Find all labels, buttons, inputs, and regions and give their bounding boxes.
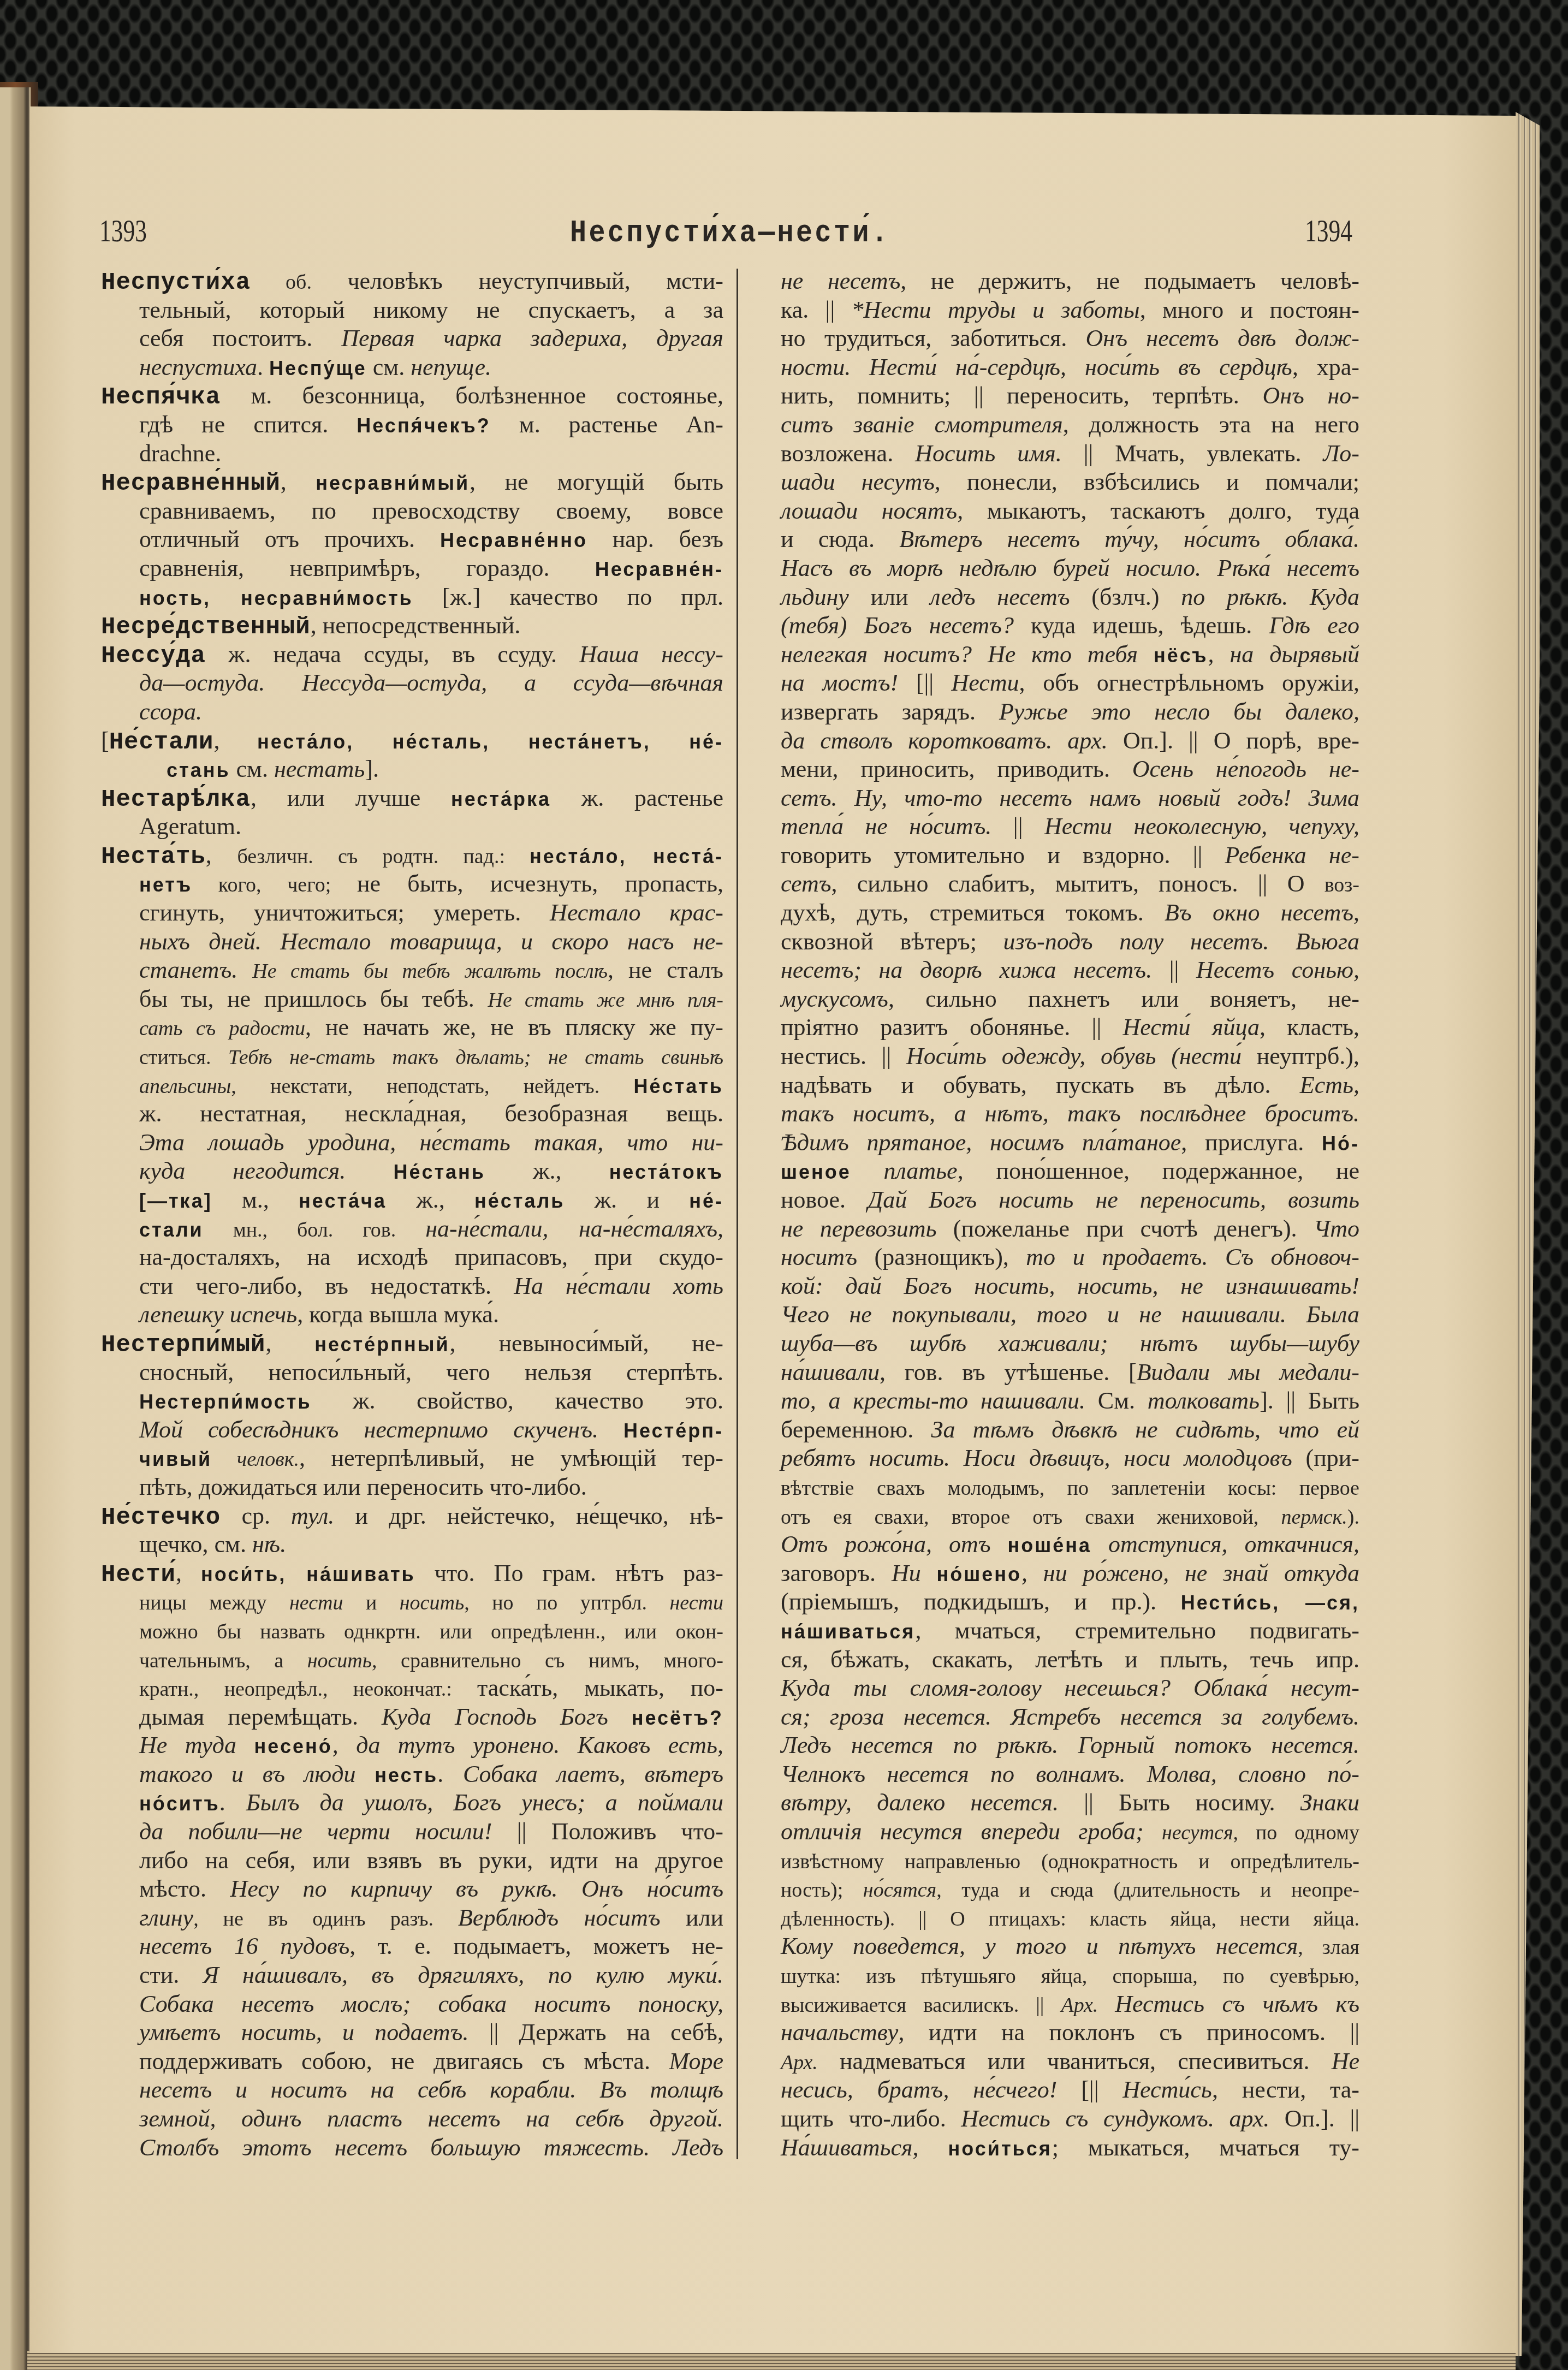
definition-text: нить, помнить; || переносить, терпѣть. (781, 382, 1262, 409)
definition-text: || Держать на себѣ, (468, 2019, 723, 2046)
definition-text: , мыкаютъ, таскаютъ долго, туда (957, 497, 1359, 524)
definition-text: || (1152, 957, 1196, 983)
example-text: Собака несетъ мослъ; собака носитъ понос… (139, 1991, 723, 2017)
definition-text: и дрг. нейстечко, не́щечко, нѣ- (334, 1502, 723, 1529)
definition-text: ся, бѣжать, скакать, летѣть и плыть, теч… (781, 1646, 1359, 1673)
definition-text: , не сталъ (608, 957, 723, 983)
definition-text: или (849, 584, 930, 610)
definition-text: , (206, 842, 237, 869)
example-text: шуба—въ шубѣ хаживали; нѣтъ шубы—шубу (781, 1330, 1359, 1357)
definition-text: надѣвать и обувать, пускать въ дѣло. (781, 1072, 1300, 1098)
derived-form: Несравне́нно (440, 529, 587, 551)
definition-text: [|| (898, 669, 951, 696)
example-text: (тебя) Богъ несетъ? (781, 612, 1014, 639)
definition-text-small: кратн., неопредѣл., неокончат.: (139, 1678, 477, 1701)
example-text: несетъ; на дворѣ хижа несетъ. (781, 957, 1152, 983)
definition-text: куда идешь, ѣдешь. (1014, 612, 1269, 639)
example-text: Вѣтеръ несетъ ту́чу, но́ситъ облака́. (899, 526, 1359, 553)
example-text: Гдѣ его (1269, 612, 1359, 639)
example-text: , ни ро́жено, не знай откуда (1021, 1560, 1359, 1587)
dictionary-line: куда негодится. Не́стань ж., неста́токъ (101, 1157, 723, 1186)
example-text: нѣ. (252, 1531, 286, 1558)
derived-form: несено́ (254, 1735, 332, 1757)
headword: Несре́дственный (101, 614, 311, 640)
adjacent-page-gutter (0, 87, 31, 2370)
example-text: Ни (892, 1560, 937, 1587)
derived-form: Несте́рп- (623, 1419, 723, 1442)
definition-text-small: можно бы назвать однкртн. или опредѣленн… (139, 1620, 723, 1643)
example-text: Отъ рожо́на, отъ (781, 1531, 1008, 1558)
dictionary-line: отличія несутся впереди гроба; несутся, … (743, 1817, 1359, 1846)
definition-text: , (265, 1330, 314, 1357)
dictionary-line: Чего не покупывали, того и не нашивали. … (743, 1300, 1359, 1329)
definition-text: м., (212, 1186, 299, 1213)
definition-text-small: , но по уптрбл. (464, 1591, 669, 1614)
example-text: кой: дай Богъ носить, носить, не изнашив… (781, 1273, 1359, 1299)
dictionary-line: неспустиха. Неспу́ще см. непуще. (101, 353, 723, 382)
derived-form: Нестерпи́мость (139, 1391, 312, 1413)
dictionary-line: на-досталяхъ, на исходѣ припасовъ, при с… (101, 1243, 723, 1272)
example-text: Осень не́погодь не- (1132, 756, 1359, 782)
dictionary-line: вѣтру, далеко несется. || Быть носиму. З… (743, 1789, 1359, 1817)
definition-text: , должность эта на него (1063, 411, 1359, 438)
example-text: ребятъ носить. Носи дѣвицъ, носи молодцо… (781, 1445, 1292, 1471)
definition-text: . (257, 354, 269, 381)
definition-text: ж. свойство, качество это. (312, 1387, 723, 1414)
dictionary-line: щить что-либо. Нестись съ сундукомъ. арх… (743, 2105, 1359, 2134)
definition-text: мѣсто. (139, 1875, 230, 1902)
derived-form: носи́ться (948, 2137, 1052, 2160)
derived-form: неста́ло, не́сталь, неста́нетъ, не́- (257, 730, 723, 753)
definition-text-small: и (343, 1591, 400, 1614)
dictionary-line: на мостъ! [|| Нести, объ огнестрѣльномъ … (743, 669, 1359, 698)
definition-text: ]. (365, 756, 379, 782)
derived-form: несть (375, 1764, 438, 1786)
dictionary-line: ж. нестатная, нескла́дная, безобразная в… (101, 1100, 723, 1128)
definition-text: новое. (781, 1186, 868, 1213)
dictionary-line: стали мн., бол. гов. на-не́стали, на-не́… (101, 1215, 723, 1244)
example-text: ности. Нести́ на́-сердцѣ, носи́ть въ сер… (781, 354, 1292, 381)
definition-text: ж. растенье (551, 785, 723, 811)
dictionary-line: бы ты, не пришлось бы тебѣ. Не стать же … (101, 985, 723, 1014)
example-text-small: нести (289, 1591, 343, 1614)
dictionary-line: Челнокъ несется по волнамъ. Молва, словн… (743, 1760, 1359, 1789)
definition-text: , идти на поклонъ съ приносомъ. || (898, 2019, 1359, 2046)
dictionary-line: чивый человк., нетерпѣливый, не умѣющій … (101, 1444, 723, 1473)
derived-form: шеное (781, 1161, 851, 1183)
definition-text: , понесли, взбѣсились и помчали; (935, 468, 1359, 495)
example-text-small: пермск. (1281, 1506, 1347, 1529)
definition-text: себя постоитъ. (139, 325, 341, 352)
example-text: Есть, (1300, 1072, 1359, 1098)
dictionary-line: чательнымъ, а носить, сравнительно съ ни… (101, 1646, 723, 1674)
definition-text: надмеваться или чваниться, спесивиться. (818, 2048, 1332, 2075)
definition-text: || Мчать, увлекать. (1062, 440, 1323, 467)
derived-form: несте́рпный (314, 1333, 449, 1356)
example-text: Нестись съ сундукомъ. арх. (961, 2105, 1269, 2132)
example-text: несетъ 16 пудовъ (139, 1933, 349, 1959)
dictionary-line: отличный отъ прочихъ. Несравне́нно нар. … (101, 525, 723, 554)
example-text: *Нести труды и заботы (852, 296, 1140, 323)
dictionary-line: сти чего-либо, въ недостаткѣ. На не́стал… (101, 1272, 723, 1301)
definition-text: щечко, см. (139, 1531, 252, 1558)
definition-text: Оп.]. || (1269, 2105, 1359, 2132)
dictionary-line: Нестарѣ́лка, или лучше неста́рка ж. раст… (101, 784, 723, 813)
definition-text: ка. || (781, 296, 852, 323)
definition-text-small: высиживается василискъ. || (781, 1994, 1061, 2017)
dictionary-line: извѣстному направленью (однократность и … (743, 1846, 1359, 1875)
example-text: то, а кресты-то нашивали. (781, 1387, 1085, 1414)
derived-form: несётъ? (632, 1707, 723, 1729)
example-text-small: Не стать бы тебѣ жалѣть послѣ (252, 960, 608, 983)
example-text: Челнокъ несется по волнамъ. Молва, словн… (781, 1761, 1359, 1787)
definition-text: , не начать же, не въ пляску же пу- (305, 1014, 723, 1041)
dictionary-line: шеное платье, поно́шенное, подержанное, … (743, 1157, 1359, 1186)
dictionary-line: ситъ званіе смотрителя, должность эта на… (743, 411, 1359, 439)
dictionary-line: такъ носитъ, а нѣтъ, такъ послѣднее брос… (743, 1100, 1359, 1128)
example-text: тепла́ не но́ситъ. (781, 813, 991, 840)
example-text: изъ-подъ полу несетъ. Вьюга (1003, 928, 1359, 955)
example-text: ссора. (139, 698, 202, 725)
example-text: Видали мы медали- (1137, 1359, 1359, 1386)
definition-text-small: об. (251, 271, 312, 294)
definition-text: , (281, 468, 316, 495)
definition-text: , поно́шенное, подержанное, не (958, 1157, 1359, 1184)
example-text: начальству (781, 2019, 898, 2046)
definition-text-small: чательнымъ, а (139, 1649, 307, 1672)
example-text: Несу по кирпичу въ рукѣ. Онъ но́ситъ (230, 1875, 723, 1902)
example-text: Столбъ этотъ несетъ большую тяжесть. Лед… (139, 2134, 723, 2161)
definition-text: ж., (387, 1186, 474, 1213)
derived-form: ноше́на (1008, 1534, 1092, 1557)
definition-text-small: отъ ея свахи, второе отъ свахи жениховой… (781, 1506, 1281, 1529)
derived-form: Но́- (1322, 1132, 1359, 1155)
dictionary-line: не перевозить (пожеланье при счотѣ денег… (743, 1215, 1359, 1244)
example-text-small: сать съ радости (139, 1017, 305, 1040)
dictionary-line: сти. Я на́шивалъ, въ дрягиляхъ, по кулю … (101, 1961, 723, 1990)
example-text: . Былъ да ушолъ, Богъ унесъ; а поймали (220, 1789, 723, 1816)
running-head: Неспусти́ха—нести́. (570, 218, 890, 250)
example-text: льдину (781, 584, 849, 610)
definition-text: извергать зарядъ. (781, 698, 999, 725)
definition-text: , непосредственный. (311, 612, 521, 639)
definition-text-small: ность); (781, 1879, 863, 1902)
example-text: толковать (1148, 1387, 1260, 1414)
dictionary-line: нестись. || Носи́ть одежду, обувь (нести… (743, 1042, 1359, 1071)
dictionary-line: ность); но́сятся, туда и сюда (длительно… (743, 1875, 1359, 1904)
dictionary-line: дымая перемѣщать. Куда Господь Богъ несё… (101, 1703, 723, 1732)
example-text: шади несутъ (781, 468, 935, 495)
definition-text: Ageratum. (139, 813, 241, 840)
definition-text: возложена. (781, 440, 915, 467)
example-text: нелегкая носитъ? Не кто тебя (781, 641, 1154, 668)
derived-form: несравни́мый (316, 472, 470, 494)
definition-text: , (176, 1560, 201, 1587)
dictionary-line: сетъ, сильно слабитъ, мытитъ, поносъ. ||… (743, 870, 1359, 899)
definition-text: , много и постоян- (1140, 296, 1359, 323)
definition-text: поддерживать собою, не двигаясь съ мѣста… (139, 2048, 669, 2075)
definition-text: , не держитъ, не подымаетъ человѣ- (900, 268, 1359, 294)
definition-text: сравниваемъ, по превосходству своему, во… (139, 497, 723, 524)
dictionary-line: drachne. (101, 439, 723, 468)
headword: Неста́ть (101, 844, 206, 870)
dictionary-line: кратн., неопредѣл., неокончат.: таска́ть… (101, 1674, 723, 1703)
definition-text: , прислуга. (1181, 1129, 1322, 1156)
example-text: Въ окно несетъ (1165, 899, 1353, 926)
dictionary-line: но трудиться, заботиться. Онъ несетъ двѣ… (743, 324, 1359, 353)
dictionary-line: Ageratum. (101, 812, 723, 841)
definition-text: щить что-либо. (781, 2105, 961, 2132)
derived-form: неста́ло, неста́- (530, 845, 723, 868)
example-text: да—остуда. Нессуда—остуда, а ссуда—вѣчна… (139, 669, 723, 696)
dictionary-line: глину, не въ одинъ разъ. Верблюдъ но́сит… (101, 1904, 723, 1933)
example-text: Онъ но- (1262, 382, 1359, 409)
dictionary-line: Насъ въ морѣ недѣлю бурей носило. Рѣка́ … (743, 554, 1359, 583)
example-text: Эта лошадь уродина, не́стать такая, что … (139, 1129, 723, 1156)
dictionary-line: несетъ и носитъ на себѣ корабли. Въ толщ… (101, 2076, 723, 2105)
headword: Нестерпи́мый (101, 1332, 265, 1358)
definition-text: пріятно разитъ обонянье. || (781, 1014, 1123, 1041)
dictionary-line: мѣсто. Несу по кирпичу въ рукѣ. Онъ но́с… (101, 1875, 723, 1904)
definition-text: , (913, 2134, 948, 2161)
headword: Не́стали (109, 729, 214, 756)
derived-form: не́сталь (474, 1190, 565, 1212)
definition-text: гдѣ не спится. (139, 411, 357, 438)
definition-text-small: воз- (1325, 874, 1359, 896)
dictionary-line: нетъ кого, чего; не быть, исчезнуть, про… (101, 870, 723, 899)
definition-text-small: , сравнительно съ нимъ, много- (372, 1649, 723, 1672)
definition-text: (пожеланье при счотѣ денегъ). (937, 1215, 1314, 1242)
dictionary-line: На́шиваться, носи́ться; мыкаться, мчатьс… (743, 2134, 1359, 2163)
example-text: Не туда (139, 1732, 254, 1759)
dictionary-line: мени, приносить, приводить. Осень не́пог… (743, 755, 1359, 784)
example-text: Что (1314, 1215, 1359, 1242)
dictionary-line: носитъ (разнощикъ), то и продаетъ. Съ об… (743, 1243, 1359, 1272)
definition-text: сти чего-либо, въ недостаткѣ. (139, 1273, 514, 1299)
example-text: . Собака лаетъ, вѣтеръ (438, 1761, 723, 1787)
definition-text: , когда вышла мука́. (297, 1301, 499, 1328)
example-text: не несетъ (781, 268, 900, 294)
definition-text: либо на себя, или взявъ въ руки, идти на… (139, 1847, 723, 1874)
definition-text: (при- (1292, 1445, 1359, 1471)
dictionary-line: шуба—въ шубѣ хаживали; нѣтъ шубы—шубу (743, 1329, 1359, 1358)
dictionary-line: стань см. нестать]. (101, 755, 723, 784)
dictionary-line: гдѣ не спится. Неспя́чекъ? м. растенье A… (101, 411, 723, 439)
definition-text: м. безсонница, болѣзненное состоянье, (221, 382, 723, 409)
dictionary-line: шутка: изъ пѣтушьяго яйца, спорыша, по с… (743, 1961, 1359, 1990)
left-column: Неспусти́ха об. человѣкъ неуступчивый, м… (101, 267, 723, 2162)
definition-text: сравненія, невпримѣръ, гораздо. (139, 555, 595, 581)
dictionary-line: высиживается василискъ. || Арх. Нестись … (743, 1990, 1359, 2019)
derived-form: неста́ча (299, 1190, 387, 1212)
example-text: Куда Господь Богъ (382, 1703, 632, 1730)
example-text: Насъ въ морѣ недѣлю бурей носило. Рѣка́ … (781, 555, 1359, 581)
example-text-small: Не стать же мнѣ пля- (488, 989, 723, 1012)
definition-text: (пріемышъ, подкидышъ, и пр.). (781, 1588, 1181, 1615)
example-text: На́шиваться (781, 2134, 913, 2161)
right-column: не несетъ, не держитъ, не подымаетъ чело… (743, 267, 1359, 2162)
example-text: Нести́сь (1122, 2076, 1212, 2103)
dictionary-line: несись, братъ, не́счего! [|| Нести́сь, н… (743, 2076, 1359, 2105)
derived-form: Неспу́ще (269, 357, 367, 379)
dictionary-line: сетъ. Ну, что-то несетъ намъ новый годъ!… (743, 784, 1359, 813)
dictionary-line: то, а кресты-то нашивали. См. толковать]… (743, 1387, 1359, 1416)
derived-form: Не́стань (393, 1161, 485, 1183)
dictionary-line: сравненія, невпримѣръ, гораздо. Несравне… (101, 554, 723, 583)
definition-text-small: безличн. съ родтн. пад.: (237, 845, 530, 868)
example-text: ся; гроза несется. Ястребъ несется за го… (781, 1703, 1359, 1730)
dictionary-line: [—тка] м., неста́ча ж., не́сталь ж. и не… (101, 1186, 723, 1215)
definition-text: мени, приносить, приводить. (781, 756, 1132, 782)
page-number-right: 1394 (1305, 215, 1352, 247)
definition-text-small: дѣленность). || О птицахъ: класть яйца, … (781, 1908, 1359, 1931)
example-text-small: Арх. (1061, 1994, 1115, 2017)
definition-text: что. По грам. нѣтъ раз- (415, 1560, 723, 1587)
example-text: неспустиха (139, 354, 257, 381)
example-text: непуще. (411, 354, 491, 381)
derived-form: нёсъ (1154, 644, 1208, 667)
dictionary-line: Собака несетъ мослъ; собака носитъ понос… (101, 1990, 723, 2019)
example-text: станетъ. (139, 957, 252, 983)
example-text: За тѣмъ дѣвкѣ не сидѣть, что ей (931, 1416, 1359, 1443)
definition-text: || (991, 813, 1044, 840)
dictionary-line: (тебя) Богъ несетъ? куда идешь, ѣдешь. Г… (743, 611, 1359, 640)
example-text: куда негодится. (139, 1157, 393, 1184)
example-text: такого и въ люди (139, 1761, 375, 1787)
dictionary-line: Нести́, носи́ть, на́шивать что. По грам.… (101, 1559, 723, 1588)
example-text: отступися, откачнися, (1091, 1531, 1359, 1558)
dictionary-line: либо на себя, или взявъ въ руки, идти на… (101, 1846, 723, 1875)
dictionary-line: пріятно разитъ обонянье. || Нести́ яйца,… (743, 1013, 1359, 1042)
example-text: Нести неоколесную, чепуху, (1044, 813, 1359, 840)
definition-text: , нетерпѣливый, не умѣющій тер- (299, 1445, 723, 1471)
example-text: земной, одинъ пластъ несетъ на себѣ друг… (139, 2105, 723, 2132)
headword: Нессу́да (101, 643, 206, 669)
dictionary-line: апельсины, некстати, неподстать, нейдетъ… (101, 1071, 723, 1100)
definition-text-small: вѣтствіе свахъ молодымъ, по заплетеніи к… (781, 1477, 1359, 1500)
example-text-small: носить (400, 1591, 464, 1614)
dictionary-line: нить, помнить; || переносить, терпѣть. О… (743, 382, 1359, 411)
definition-text: [|| (1057, 2076, 1122, 2103)
definition-text: [ (101, 727, 109, 754)
definition-text: тельный, который никому не спускаетъ, а … (139, 296, 723, 323)
definition-text: неуптрб.), (1242, 1043, 1359, 1070)
dictionary-line: да—остуда. Нессуда—остуда, а ссуда—вѣчна… (101, 669, 723, 698)
example-text: , да тутъ уронено. Каковъ есть, (332, 1732, 723, 1759)
dictionary-line: ститься. Тебѣ не-стать такъ дѣлать; не с… (101, 1042, 723, 1071)
definition-text: заговоръ. (781, 1560, 892, 1587)
dictionary-line: тельный, который никому не спускаетъ, а … (101, 296, 723, 325)
definition-text: Оп.]. || О порѣ, вре- (1108, 727, 1359, 754)
definition-text: человѣкъ неуступчивый, мсти- (312, 268, 723, 294)
example-text: ледъ несетъ (930, 584, 1070, 610)
dictionary-line: [Не́стали, неста́ло, не́сталь, неста́нет… (101, 727, 723, 756)
dictionary-line: вѣтствіе свахъ молодымъ, по заплетеніи к… (743, 1473, 1359, 1502)
definition-text-small: ститься. (139, 1046, 228, 1069)
derived-form: нетъ (139, 874, 192, 896)
example-text: Носить имя. (915, 440, 1062, 467)
headword: Нестарѣ́лка (101, 786, 251, 813)
dictionary-line: Мой собесѣдникъ нестерпимо скученъ. Нест… (101, 1416, 723, 1445)
dictionary-line: беременною. За тѣмъ дѣвкѣ не сидѣть, что… (743, 1416, 1359, 1445)
example-text: Ѣдимъ прятаное, носимъ пла́таное (781, 1129, 1181, 1156)
definition-text-small: ницы между (139, 1591, 289, 1614)
headword: Неспя́чка (101, 384, 221, 411)
dictionary-line: Эта лошадь уродина, не́стать такая, что … (101, 1128, 723, 1157)
dictionary-line: щечко, см. нѣ. (101, 1530, 723, 1559)
definition-text-small: , некстати, неподстать, нейдетъ. (231, 1075, 633, 1098)
example-text: да стволъ коротковатъ. арх. (781, 727, 1108, 754)
definition-text: , невыноси́мый, не- (450, 1330, 723, 1357)
definition-text-small: кого, чего; (192, 874, 357, 896)
derived-form: но́ситъ (139, 1792, 220, 1815)
definition-text: ср. (221, 1502, 291, 1529)
dictionary-line: говорить утомительно и вздорно. || Ребен… (743, 841, 1359, 870)
dictionary-line: Отъ рожо́на, отъ ноше́на отступися, отка… (743, 1530, 1359, 1559)
example-text: несетъ и носитъ на себѣ корабли. Въ толщ… (139, 2076, 723, 2103)
example-text: Ружье это несло бы далеко, (999, 698, 1359, 725)
example-text: глину (139, 1904, 193, 1931)
example-text: Нестало крас- (550, 899, 723, 926)
example-text: Первая чарка задериха, другая (341, 325, 723, 352)
definition-text-small: , туда и сюда (длительность и неопре- (936, 1879, 1359, 1902)
definition-text: сносный, непоси́льный, чего нельзя стерп… (139, 1359, 723, 1386)
dictionary-line: но́ситъ. Былъ да ушолъ, Богъ унесъ; а по… (101, 1789, 723, 1817)
example-text: Знаки (1300, 1789, 1359, 1816)
dictionary-line: ка. || *Нести труды и заботы, много и по… (743, 296, 1359, 325)
definition-text: , класть, (1260, 1014, 1359, 1041)
dictionary-line: сать съ радости, не начать же, не въ пля… (101, 1013, 723, 1042)
definition-text-small: ). (1347, 1506, 1359, 1529)
dictionary-line: ся, бѣжать, скакать, летѣть и плыть, теч… (743, 1646, 1359, 1674)
dictionary-line: тепла́ не но́ситъ. || Нести неоколесную,… (743, 812, 1359, 841)
definition-text: м. растенье An- (491, 411, 723, 438)
example-text: тул. (291, 1502, 334, 1529)
definition-text: отличный отъ прочихъ. (139, 526, 440, 553)
dictionary-line: Куда ты сломя-голову несешься? Облака́ н… (743, 1674, 1359, 1703)
example-text: на́шивали (781, 1359, 880, 1386)
example-text: Нестись съ чѣмъ къ (1115, 1991, 1359, 2017)
definition-text: дымая перемѣщать. (139, 1703, 382, 1730)
example-text: На не́стали хоть (514, 1273, 723, 1299)
definition-text: , т. е. подымаетъ, можетъ не- (349, 1933, 723, 1959)
example-text: да побили—не черти носили! (139, 1818, 492, 1845)
dictionary-line: ребятъ носить. Носи дѣвицъ, носи молодцо… (743, 1444, 1359, 1473)
dictionary-line: начальству, идти на поклонъ съ приносомъ… (743, 2018, 1359, 2047)
example-text: отличія несутся впереди гроба; (781, 1818, 1162, 1845)
dictionary-line: Не туда несено́, да тутъ уронено. Каковъ… (101, 1731, 723, 1760)
example-text: Кому поведется, у того и пѣтухъ несется (781, 1933, 1298, 1959)
derived-form: чивый (139, 1448, 212, 1470)
dictionary-line: себя постоитъ. Первая чарка задериха, др… (101, 324, 723, 353)
example-text: Ребенка не- (1225, 842, 1359, 869)
dictionary-line: ссора. (101, 698, 723, 727)
example-text: Онъ несетъ двѣ долж- (1086, 325, 1359, 352)
example-text-small: но́сятся (863, 1879, 936, 1902)
definition-text: пѣть, дожидаться или переносить что-либо… (139, 1474, 587, 1500)
example-text: Нести (952, 669, 1019, 696)
definition-text: , (1353, 899, 1359, 926)
example-text: на-не́стали, на-не́сталяхъ, (425, 1215, 723, 1242)
example-text-small: несутся (1162, 1821, 1233, 1844)
definition-text: не быть, исчезнуть, пропасть, (357, 870, 723, 897)
dictionary-line: земной, одинъ пластъ несетъ на себѣ друг… (101, 2105, 723, 2134)
dictionary-line: Кому поведется, у того и пѣтухъ несется,… (743, 1932, 1359, 1961)
example-text-small: апельсины (139, 1075, 231, 1098)
example-text: нестать (274, 756, 365, 782)
dictionary-line: сравниваемъ, по превосходству своему, во… (101, 497, 723, 526)
dictionary-line: лепешку испечь, когда вышла мука́. (101, 1300, 723, 1329)
